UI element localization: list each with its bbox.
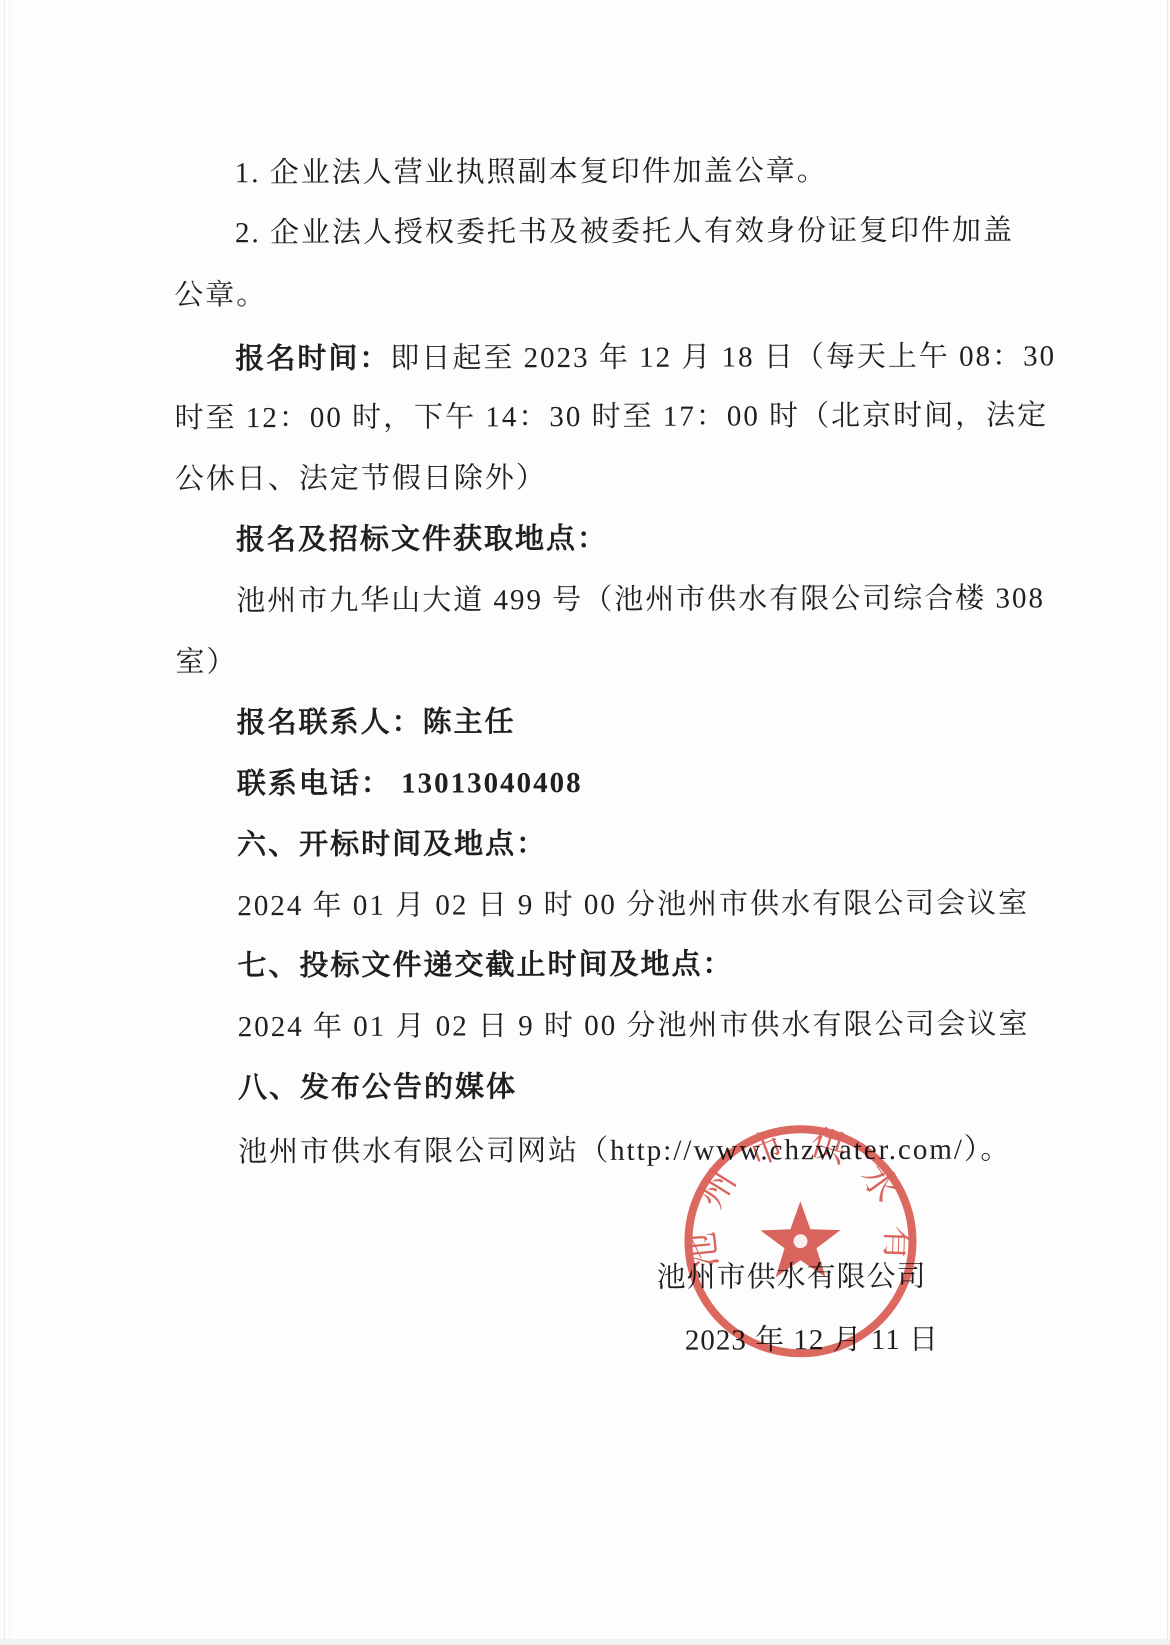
document-line: 公休日、法定节假日除外） — [175, 461, 547, 496]
signature-date: 2023 年 12 月 11 日 — [685, 1317, 939, 1359]
field-value: 即日起至 2023 年 12 月 18 日（每天上午 08：30 — [390, 340, 1056, 374]
document-line: 报名时间：即日起至 2023 年 12 月 18 日（每天上午 08：30 — [235, 339, 1056, 376]
star-center-hole — [793, 1234, 807, 1248]
document-line: 1. 企业法人营业执照副本复印件加盖公章。 — [235, 154, 828, 190]
section-heading: 报名及招标文件获取地点： — [236, 522, 608, 557]
section-heading: 八、发布公告的媒体 — [238, 1070, 517, 1105]
field-label: 报名时间： — [235, 343, 390, 376]
document-content: 1. 企业法人营业执照副本复印件加盖公章。 2. 企业法人授权委托书及被委托人有… — [0, 0, 1170, 1645]
scrollbar-track[interactable] — [1148, 0, 1166, 1645]
document-page: 1. 企业法人营业执照副本复印件加盖公章。 2. 企业法人授权委托书及被委托人有… — [0, 0, 1170, 1645]
document-line: 公章。 — [174, 278, 267, 312]
contact-person-line: 报名联系人：陈主任 — [237, 705, 516, 740]
contact-phone-line: 联系电话： 13013040408 — [237, 766, 583, 801]
section-heading: 七、投标文件递交截止时间及地点： — [237, 947, 733, 983]
document-line: 2. 企业法人授权委托书及被委托人有效身份证复印件加盖 — [235, 213, 1014, 250]
document-line: 室） — [175, 645, 237, 679]
document-line: 2024 年 01 月 02 日 9 时 00 分池州市供水有限公司会议室 — [238, 1007, 1030, 1044]
document-line: 时至 12：00 时，下午 14：30 时至 17：00 时（北京时间，法定 — [175, 398, 1049, 435]
website-line: 池州市供水有限公司网站（http://www.chzwater.com/）。 — [238, 1133, 1011, 1170]
document-line: 2024 年 01 月 02 日 9 时 00 分池州市供水有限公司会议室 — [237, 886, 1029, 923]
section-heading: 六、开标时间及地点： — [237, 827, 547, 862]
document-line: 池州市九华山大道 499 号（池州市供水有限公司综合楼 308 — [236, 581, 1045, 618]
signature-company: 池州市供水有限公司 — [657, 1254, 927, 1296]
